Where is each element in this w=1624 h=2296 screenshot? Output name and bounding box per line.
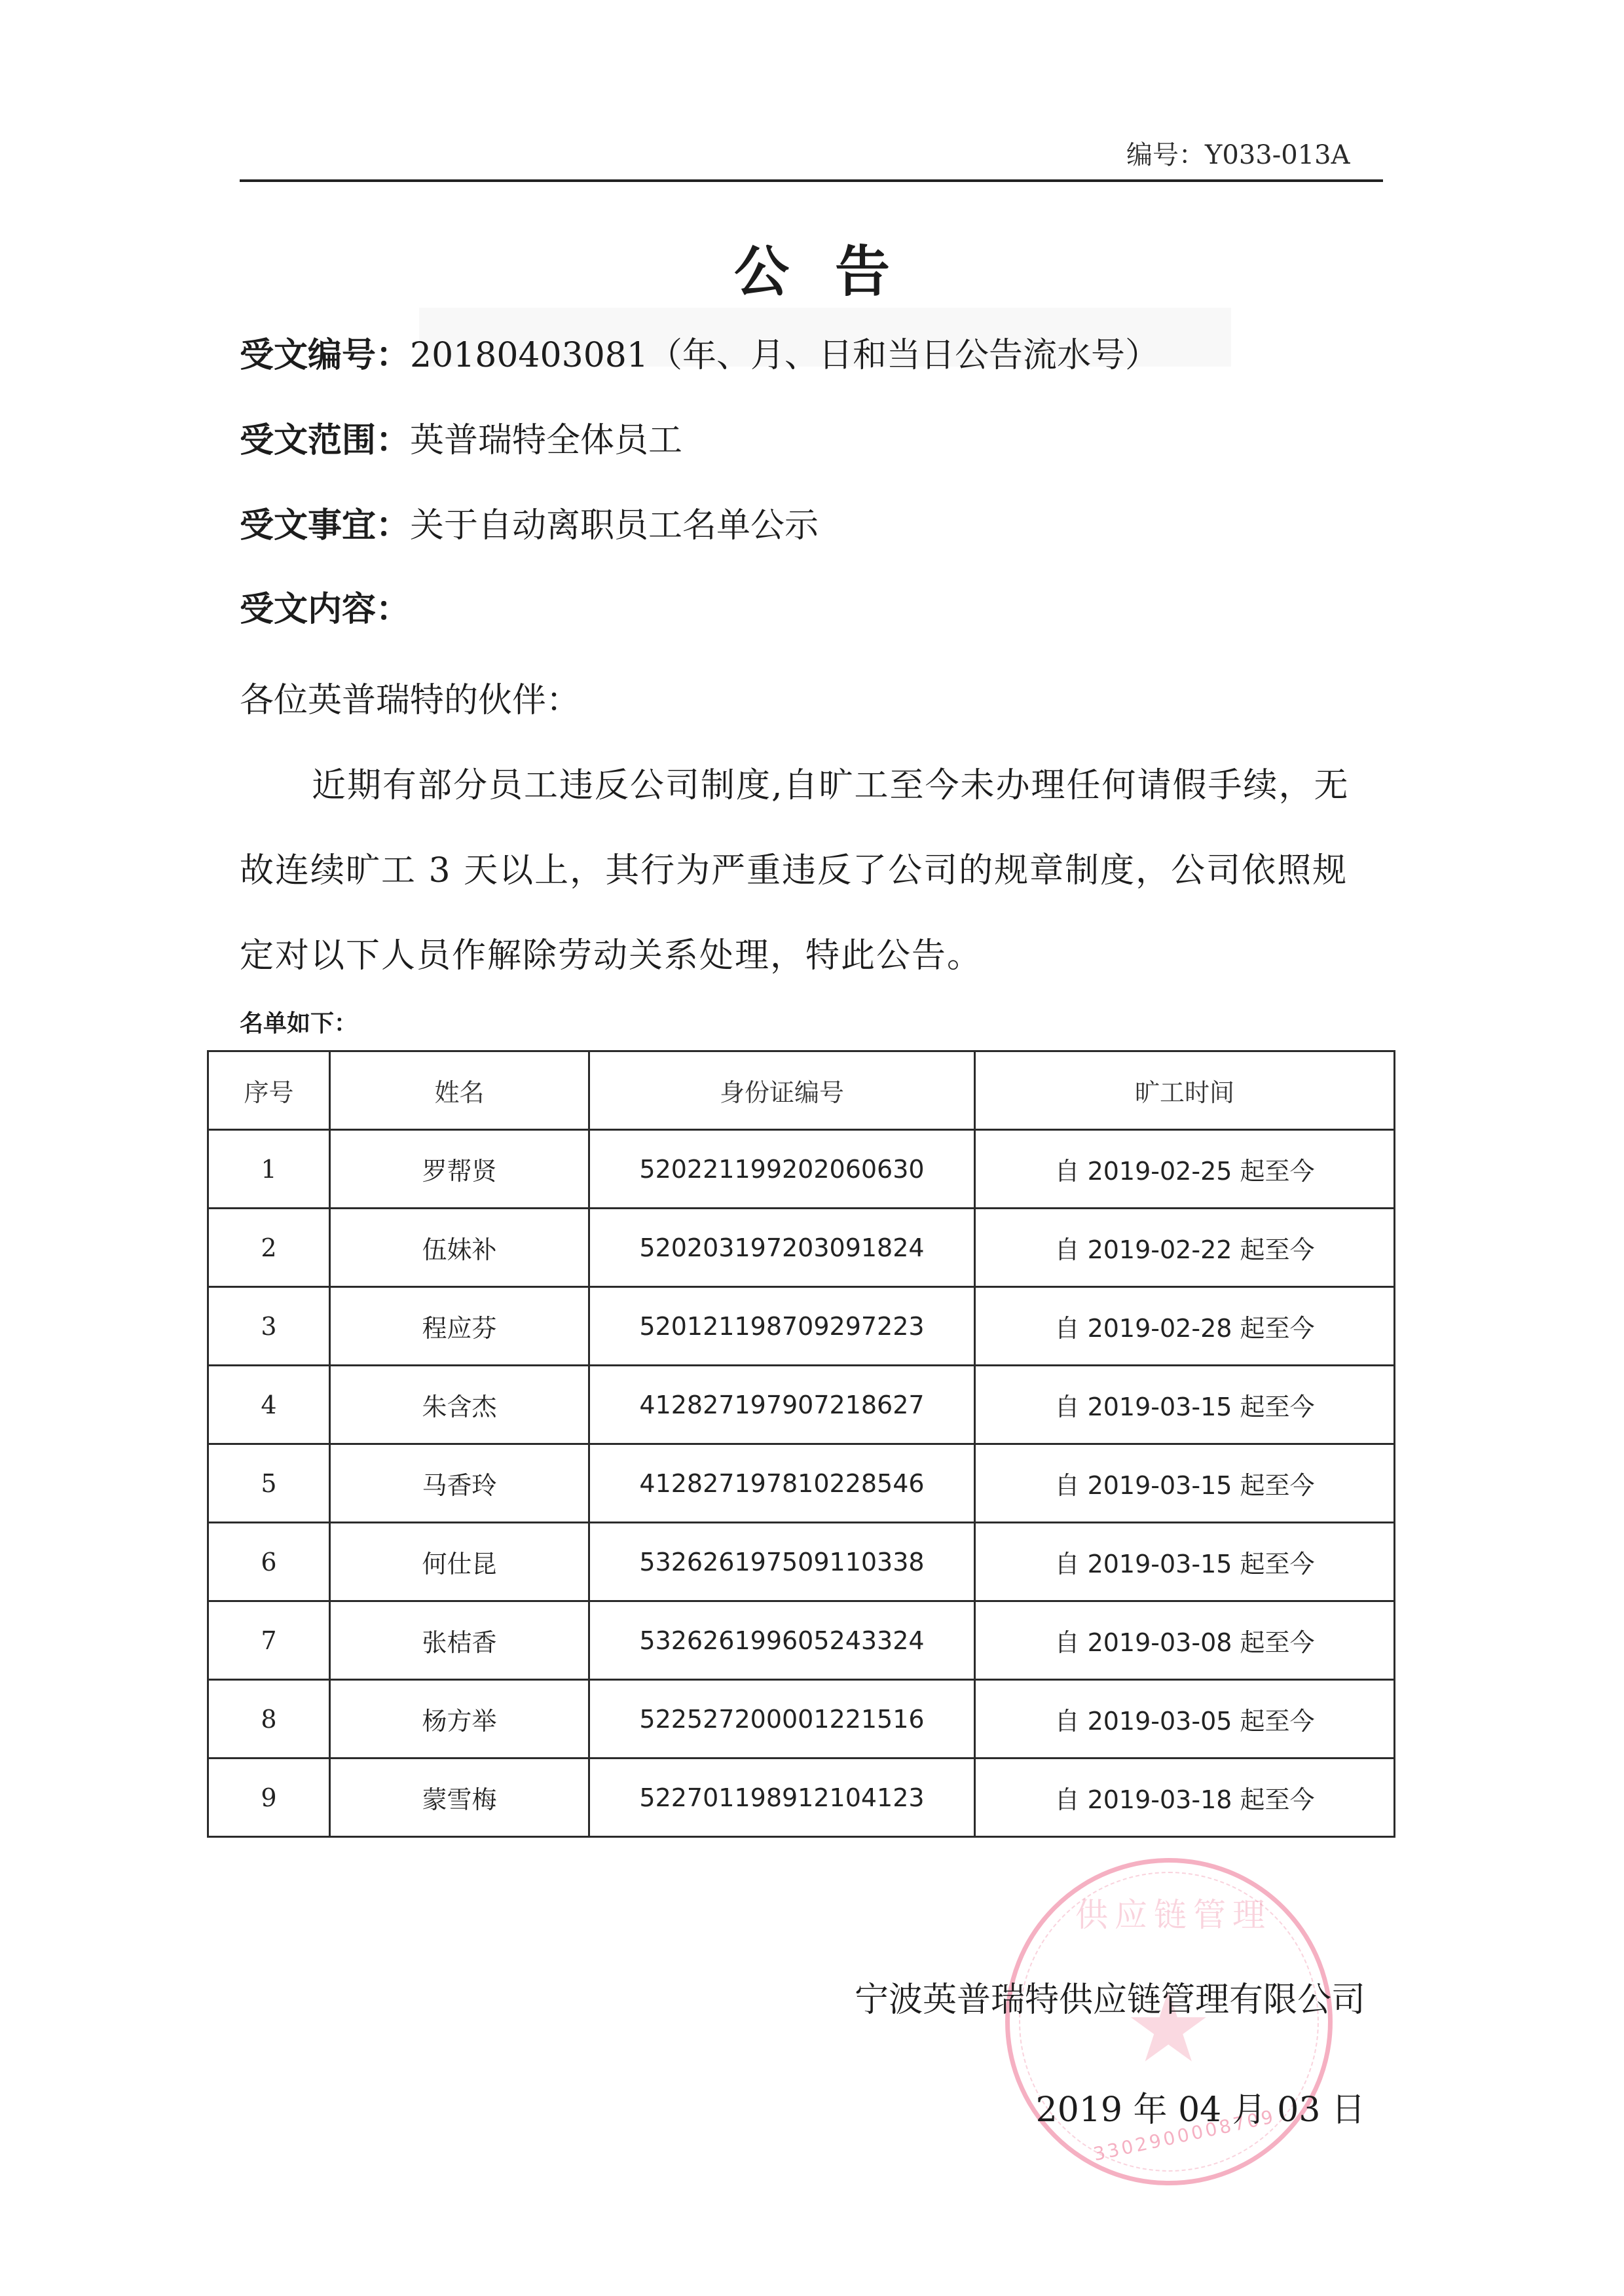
field-value: 20180403081（年、月、日和当日公告流水号）: [410, 336, 1159, 375]
header-id: 身份证编号: [589, 1051, 975, 1130]
cell-absence: 自 2019-02-22 起至今: [975, 1209, 1395, 1287]
page-title: 公告: [0, 228, 1624, 307]
absentee-table: 序号 姓名 身份证编号 旷工时间 1罗帮贤520221199202060630自…: [207, 1050, 1395, 1838]
cell-id: 520203197203091824: [589, 1209, 975, 1287]
field-subject: 受文事宜：关于自动离职员工名单公示: [240, 498, 819, 547]
field-label: 受文编号：: [240, 336, 410, 375]
table-header-row: 序号 姓名 身份证编号 旷工时间: [208, 1051, 1395, 1130]
field-content: 受文内容：: [240, 581, 410, 630]
field-doc-code: 受文编号：20180403081（年、月、日和当日公告流水号）: [240, 327, 1159, 376]
cell-id: 532626199605243324: [589, 1601, 975, 1680]
list-label: 名单如下：: [240, 1005, 358, 1038]
table-row: 9蒙雪梅522701198912104123自 2019-03-18 起至今: [208, 1758, 1395, 1837]
cell-name: 朱含杰: [330, 1366, 589, 1444]
table-row: 4朱含杰412827197907218627自 2019-03-15 起至今: [208, 1366, 1395, 1444]
table-row: 8杨方举522527200001221516自 2019-03-05 起至今: [208, 1680, 1395, 1758]
cell-absence: 自 2019-02-25 起至今: [975, 1130, 1395, 1209]
table-row: 7张桔香532626199605243324自 2019-03-08 起至今: [208, 1601, 1395, 1680]
cell-name: 伍妹补: [330, 1209, 589, 1287]
header-no: 序号: [208, 1051, 330, 1130]
field-label: 受文事宜：: [240, 506, 410, 545]
cell-no: 6: [208, 1523, 330, 1601]
field-scope: 受文范围：英普瑞特全体员工: [240, 412, 682, 462]
cell-absence: 自 2019-03-08 起至今: [975, 1601, 1395, 1680]
cell-name: 蒙雪梅: [330, 1758, 589, 1837]
cell-id: 522701198912104123: [589, 1758, 975, 1837]
cell-id: 522527200001221516: [589, 1680, 975, 1758]
document-number-value: Y033-013A: [1205, 140, 1350, 170]
cell-id: 412827197907218627: [589, 1366, 975, 1444]
table-row: 6何仕昆532626197509110338自 2019-03-15 起至今: [208, 1523, 1395, 1601]
cell-no: 2: [208, 1209, 330, 1287]
field-label: 受文内容：: [240, 590, 410, 629]
cell-no: 3: [208, 1287, 330, 1366]
cell-name: 张桔香: [330, 1601, 589, 1680]
cell-absence: 自 2019-03-15 起至今: [975, 1444, 1395, 1523]
field-value: 关于自动离职员工名单公示: [410, 506, 819, 545]
cell-name: 罗帮贤: [330, 1130, 589, 1209]
cell-name: 马香玲: [330, 1444, 589, 1523]
cell-absence: 自 2019-03-15 起至今: [975, 1366, 1395, 1444]
cell-name: 杨方举: [330, 1680, 589, 1758]
issue-date: 2019 年 04 月 03 日: [786, 2082, 1365, 2131]
cell-id: 520121198709297223: [589, 1287, 975, 1366]
field-label: 受文范围：: [240, 421, 410, 460]
cell-id: 520221199202060630: [589, 1130, 975, 1209]
salutation: 各位英普瑞特的伙伴：: [240, 658, 1383, 743]
cell-no: 1: [208, 1130, 330, 1209]
cell-absence: 自 2019-02-28 起至今: [975, 1287, 1395, 1366]
document-number-label: 编号：: [1126, 140, 1205, 170]
cell-absence: 自 2019-03-15 起至今: [975, 1523, 1395, 1601]
cell-id: 532626197509110338: [589, 1523, 975, 1601]
issuer-company: 宁波英普瑞特供应链管理有限公司: [786, 1972, 1365, 2021]
cell-name: 程应芬: [330, 1287, 589, 1366]
table-row: 1罗帮贤520221199202060630自 2019-02-25 起至今: [208, 1130, 1395, 1209]
cell-no: 4: [208, 1366, 330, 1444]
cell-no: 8: [208, 1680, 330, 1758]
field-value: 英普瑞特全体员工: [410, 421, 682, 460]
cell-no: 9: [208, 1758, 330, 1837]
cell-no: 5: [208, 1444, 330, 1523]
cell-absence: 自 2019-03-18 起至今: [975, 1758, 1395, 1837]
cell-no: 7: [208, 1601, 330, 1680]
cell-absence: 自 2019-03-05 起至今: [975, 1680, 1395, 1758]
company-seal: 供应链管理 ★ 3302900008709: [1005, 1858, 1333, 2185]
table-row: 2伍妹补520203197203091824自 2019-02-22 起至今: [208, 1209, 1395, 1287]
body-text: 各位英普瑞特的伙伴： 近期有部分员工违反公司制度,自旷工至今未办理任何请假手续，…: [240, 658, 1383, 998]
body-paragraph: 近期有部分员工违反公司制度,自旷工至今未办理任何请假手续，无故连续旷工 3 天以…: [240, 743, 1383, 998]
document-number: 编号：Y033-013A: [1126, 134, 1350, 172]
header-absence: 旷工时间: [975, 1051, 1395, 1130]
cell-id: 412827197810228546: [589, 1444, 975, 1523]
table-row: 3程应芬520121198709297223自 2019-02-28 起至今: [208, 1287, 1395, 1366]
table-row: 5马香玲412827197810228546自 2019-03-15 起至今: [208, 1444, 1395, 1523]
header-rule: [240, 179, 1383, 182]
cell-name: 何仕昆: [330, 1523, 589, 1601]
header-name: 姓名: [330, 1051, 589, 1130]
seal-arc-text: 供应链管理: [1049, 1889, 1298, 1936]
